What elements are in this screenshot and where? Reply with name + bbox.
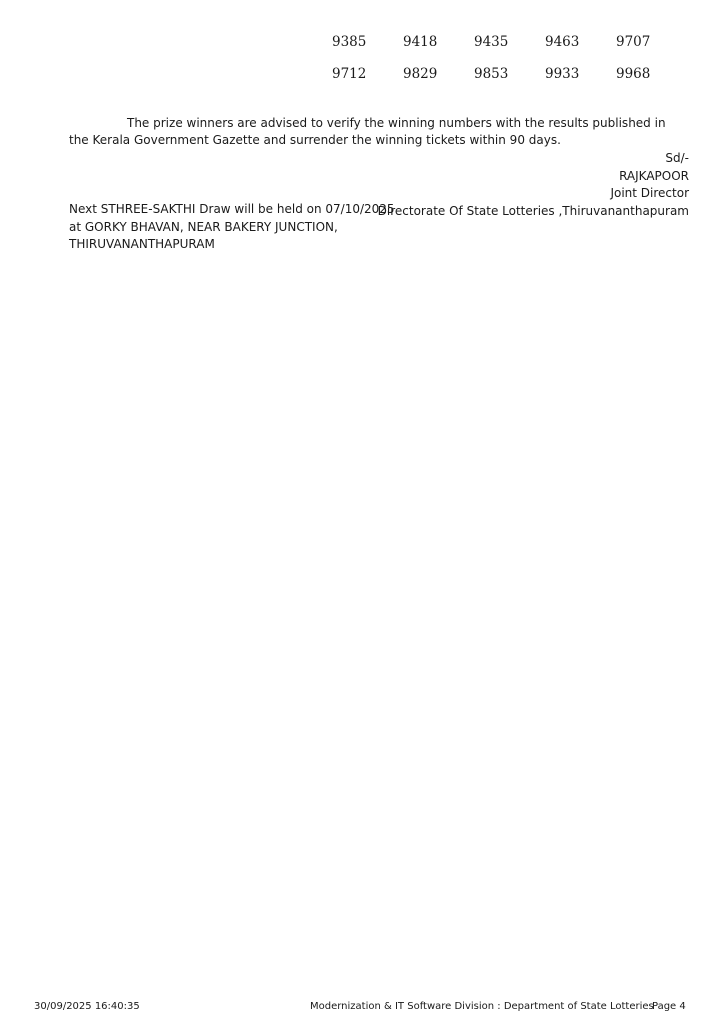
footer-timestamp: 30/09/2025 16:40:35 [34, 1000, 140, 1014]
winning-number: 9435 [464, 34, 535, 50]
winning-number: 9933 [535, 66, 606, 82]
next-draw-line: Next STHREE-SAKTHI Draw will be held on … [69, 201, 395, 219]
numbers-row: 9385 9418 9435 9463 9707 [322, 26, 682, 58]
winning-number: 9463 [535, 34, 606, 50]
winning-number: 9418 [393, 34, 464, 50]
signatory-designation: Joint Director [378, 185, 689, 203]
next-draw-info: Next STHREE-SAKTHI Draw will be held on … [69, 201, 395, 254]
signature-sd: Sd/- [378, 150, 689, 168]
winning-number: 9968 [606, 66, 677, 82]
footer-division: Modernization & IT Software Division : D… [310, 1000, 654, 1014]
winning-number: 9707 [606, 34, 677, 50]
winning-number: 9385 [322, 34, 393, 50]
winners-notice: The prize winners are advised to verify … [69, 115, 689, 149]
signatory-name: RAJKAPOOR [378, 168, 689, 186]
signatory-office: Directorate Of State Lotteries ,Thiruvan… [378, 203, 689, 221]
winning-numbers-grid: 9385 9418 9435 9463 9707 9712 9829 9853 … [322, 26, 682, 90]
footer-page-number: Page 4 [652, 1000, 686, 1014]
numbers-row: 9712 9829 9853 9933 9968 [322, 58, 682, 90]
winning-number: 9853 [464, 66, 535, 82]
winning-number: 9712 [322, 66, 393, 82]
signature-block: Sd/- RAJKAPOOR Joint Director Directorat… [378, 150, 689, 220]
winning-number: 9829 [393, 66, 464, 82]
next-draw-venue: at GORKY BHAVAN, NEAR BAKERY JUNCTION, [69, 219, 395, 237]
next-draw-city: THIRUVANANTHAPURAM [69, 236, 395, 254]
